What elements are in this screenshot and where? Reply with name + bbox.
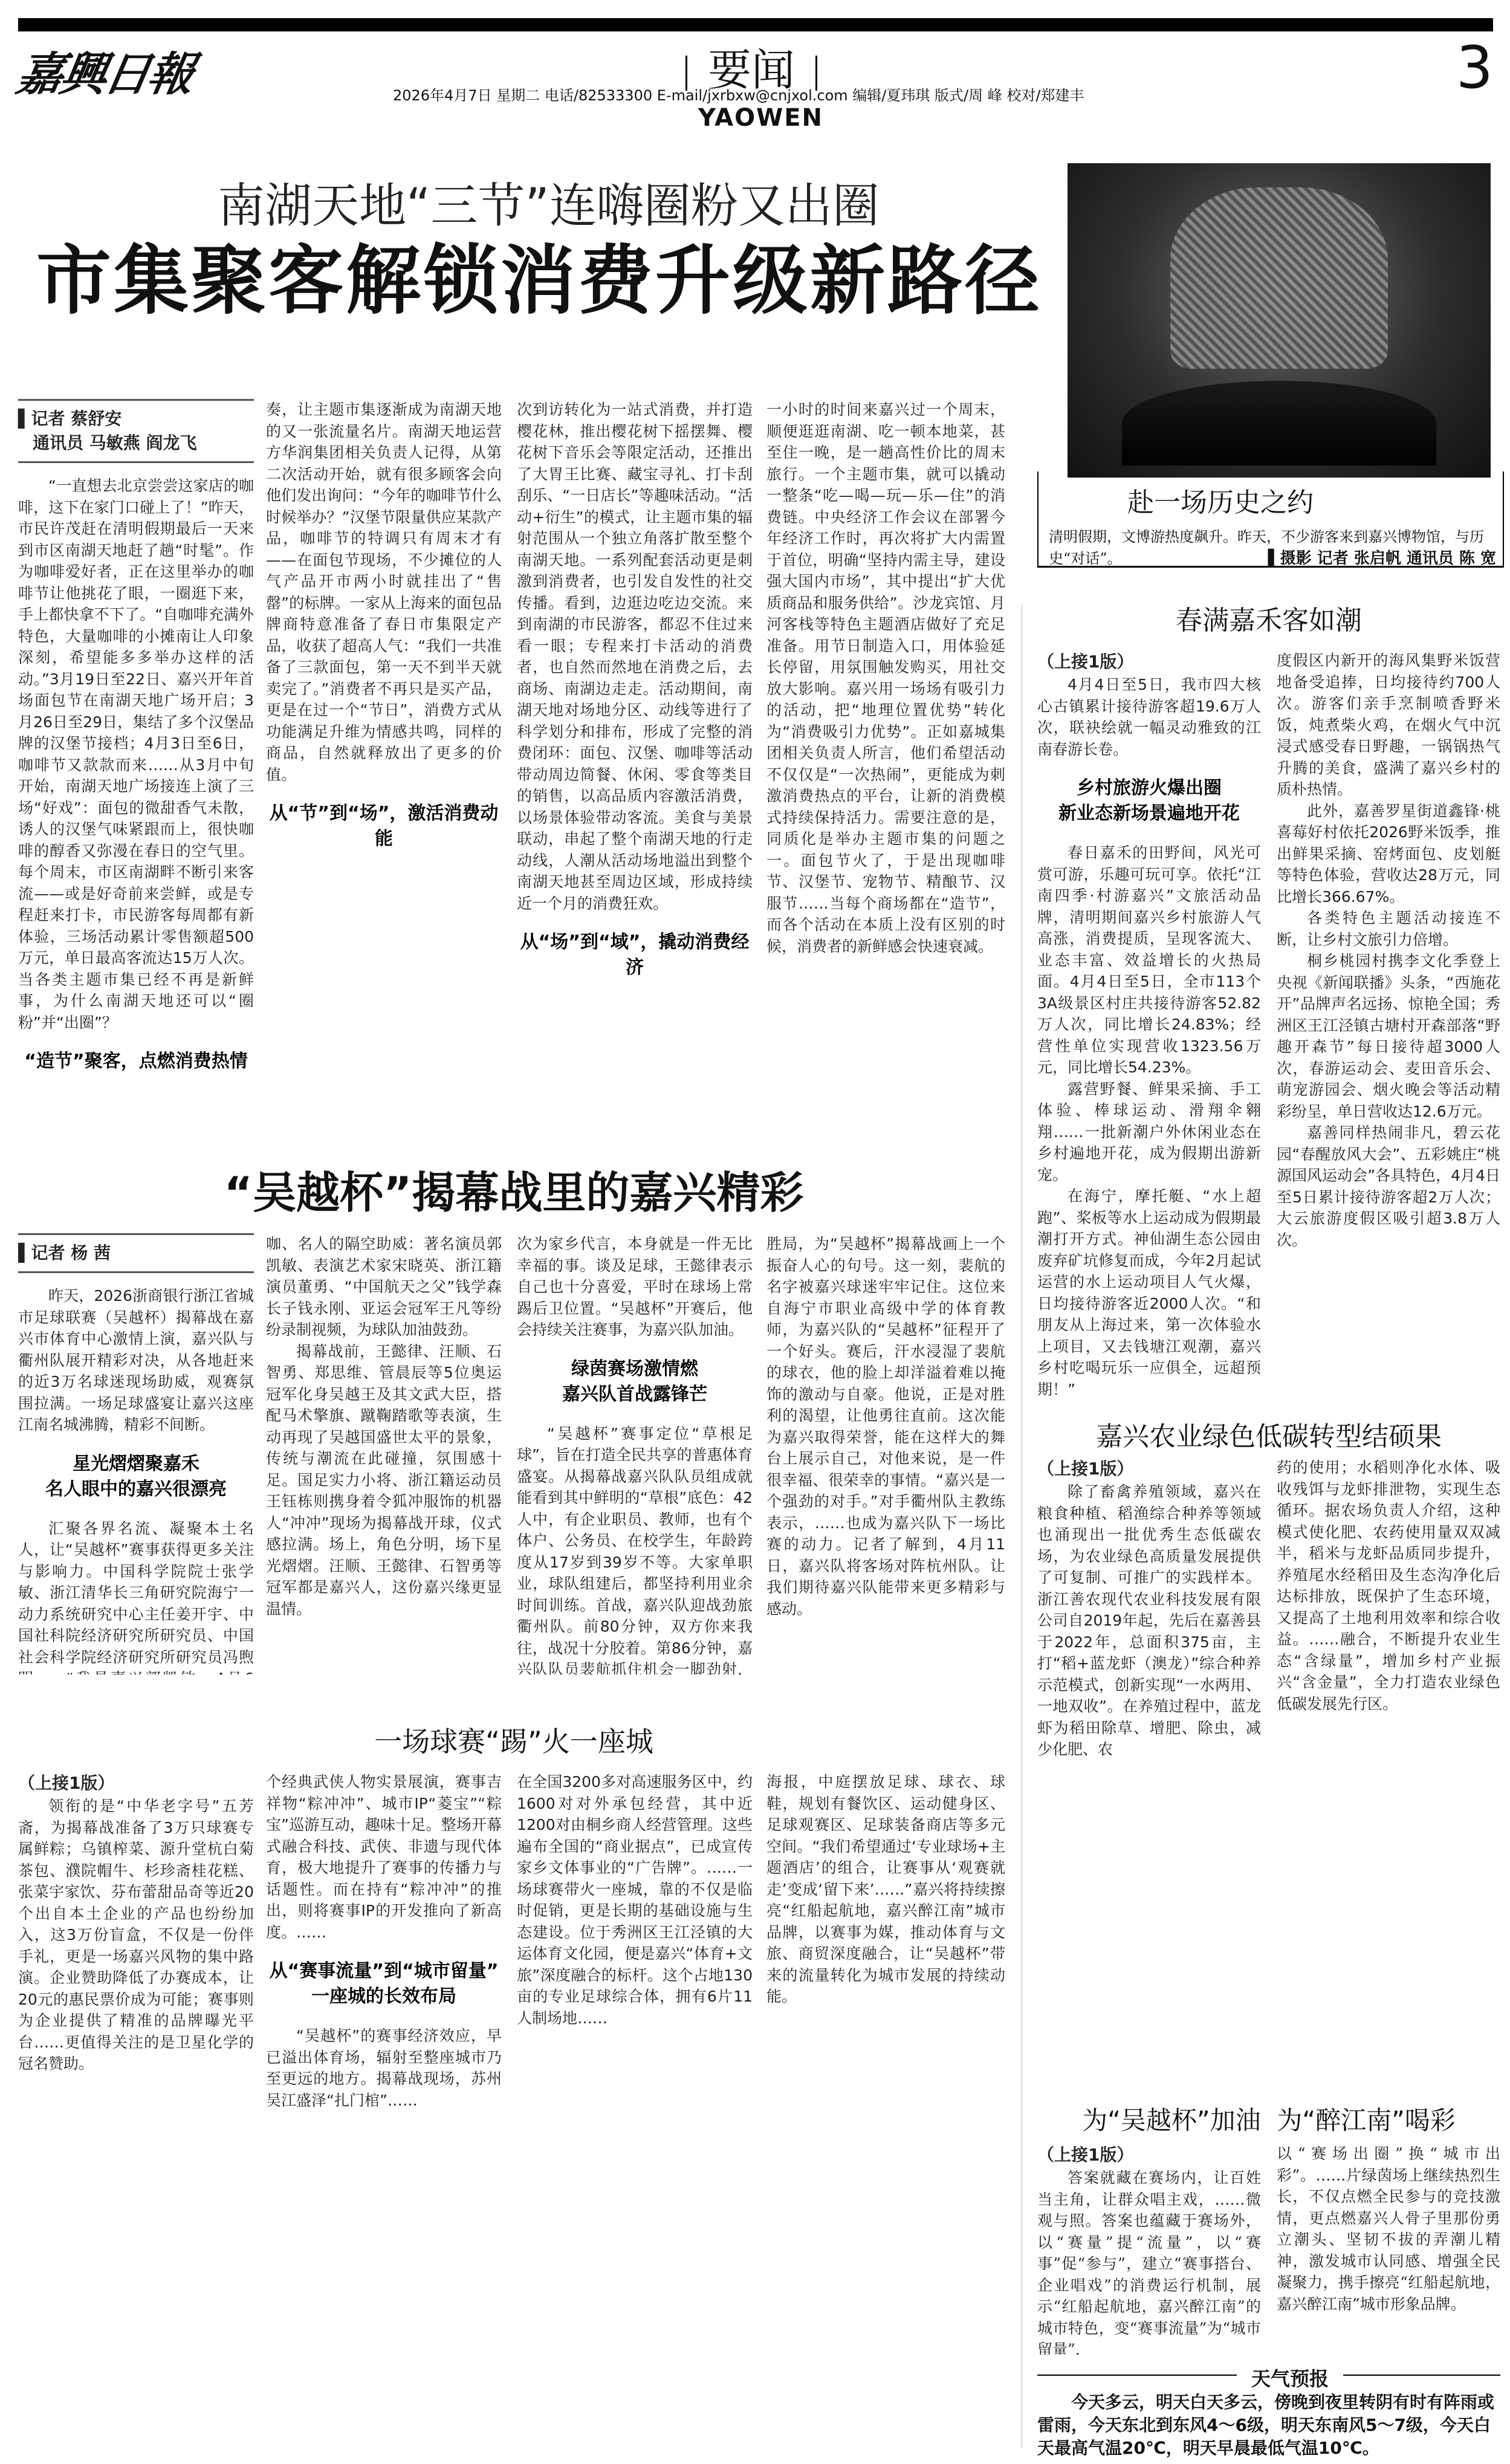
column-rule: [1022, 605, 1022, 2448]
photo-exhibit-robe: [1170, 187, 1388, 369]
article-paragraph: 次到访转化为一站式消费，并打造樱花林，推出樱花树下摇摆舞、樱花树下音乐会等限定活…: [517, 399, 753, 914]
museum-photo[interactable]: [1068, 163, 1491, 478]
football-column-2: 个经典武侠人物实景展演，赛事吉祥物“粽冲冲”、城市IP“菱宝”“粽宝”巡游互动，…: [266, 1771, 502, 2454]
lead-column-2: 奏，让主题市集逐渐成为南湖天地的又一张流量名片。南湖天地运营方华润集团相关负责人…: [266, 399, 502, 867]
wuyue-column-4: 胜局，为“吴越杯”揭幕战画上一个振奋人心的句号。这一刻，裴航的名字被嘉兴球迷牢牢…: [766, 1233, 1005, 1675]
article-paragraph: 露营野餐、鲜果采摘、手工体验、棒球运动、滑翔伞翱翔……一批新潮户外休闲业态在乡村…: [1037, 1078, 1261, 1186]
article-paragraph: 一小时的时间来嘉兴过一个周末，顺便逛逛南湖、吃一顿本地菜，甚至住一晚，是一趟高性…: [766, 399, 1005, 957]
photo-title: 赴一场历史之约: [1127, 481, 1314, 519]
article-paragraph: 领衔的是“中华老字号”五芳斋，为揭幕战准备了3万只球赛专属鲜粽；乌镇榨菜、源升堂…: [18, 1795, 254, 2075]
spring-story-title[interactable]: 春满嘉禾客如潮: [1037, 598, 1500, 637]
photo-caption: 清明假期，文博游热度飙升。昨天，不少游客来到嘉兴博物馆，与历史“对话”。 ▌摄影…: [1049, 526, 1496, 569]
article-paragraph: “吴越杯”的赛事经济效应，早已溢出体育场，辐射至整座城市乃至更远的地方。揭幕战现…: [266, 2025, 502, 2111]
article-paragraph: “一直想去北京尝尝这家店的咖啡，这下在家门口碰上了！”昨天，市民许茂赶在清明假期…: [18, 475, 254, 1033]
wuyue-column-2: 咖、名人的隔空助威：著名演员郭凯敏、表演艺术家宋晓英、浙江籍演员董勇、“中国航天…: [266, 1233, 502, 1675]
weather-forecast: 今天多云，明天白天多云，傍晚到夜里转阴有时有阵雨或雷雨，今天东北到东风4～6级，…: [1037, 2391, 1500, 2460]
byline-reporter: ▌记者 蔡舒安: [18, 407, 254, 431]
lead-subhead-2: 从“节”到“场”，激活消费动能: [266, 801, 502, 852]
football-column-1: （上接1版） 领衔的是“中华老字号”五芳斋，为揭幕战准备了3万只球赛专属鲜粽；乌…: [18, 1771, 254, 2454]
article-paragraph: 4月4日至5日，我市四大核心古镇累计接待游客超19.6万人次，联袂绘就一幅灵动雅…: [1037, 674, 1261, 760]
football-column-3: 在全国3200多对高速服务区中，约1600对对外承包经营，其中近1200对由桐乡…: [517, 1771, 753, 2454]
spring-column-1: （上接1版） 4月4日至5日，我市四大核心古镇累计接待游客超19.6万人次，联袂…: [1037, 650, 1261, 1400]
article-paragraph: 桐乡桃园村携李文化季登上央视《新闻联播》头条，“西施花开”品牌声名远扬、惊艳全国…: [1277, 950, 1500, 1122]
article-paragraph: 各类特色主题活动接连不断，让乡村文旅引力倍增。: [1277, 907, 1500, 950]
cheer-column-1: （上接1版） 答案就藏在赛场内，让百姓当主角，让群众唱主戏，……微观与照。答案也…: [1037, 2143, 1261, 2355]
article-paragraph: 药的使用；水稻则净化水体、吸收残饵与龙虾排泄物，实现生态循环。据农场负责人介绍，…: [1277, 1457, 1500, 1714]
wuyue-column-1: ▌记者 杨 茜 昨天，2026浙商银行浙江省城市足球联赛（吴越杯）揭幕战在嘉兴市…: [18, 1233, 254, 1675]
issue-meta: 2026年4月7日 星期二 电话/82533300 E-mail/jxrbxw@…: [393, 83, 1084, 105]
byline-correspondents: 通讯员 马敏燕 阎龙飞: [18, 431, 254, 455]
page-number: 3: [1456, 34, 1493, 102]
masthead-top-bar: [18, 18, 1493, 31]
football-subhead: 从“赛事流量”到“城市留量” 一座城的长效布局: [266, 1959, 502, 2009]
weather-title: 天气预报: [1237, 2364, 1343, 2391]
wuyue-byline: ▌记者 杨 茜: [18, 1233, 254, 1273]
lead-column-1: ▌记者 蔡舒安 通讯员 马敏燕 阎龙飞 “一直想去北京尝尝这家店的咖啡，这下在家…: [18, 399, 254, 1090]
lead-column-3: 次到访转化为一站式消费，并打造樱花林，推出樱花树下摇摆舞、樱花树下音乐会等限定活…: [517, 399, 753, 996]
lead-headline[interactable]: 市集聚客解锁消费升级新路径: [36, 221, 1042, 328]
cheer-column-2: 以“赛场出圈”换“城市出彩”。……片绿茵场上继续热烈生长，不仅点燃全民参与的竞技…: [1277, 2143, 1500, 2355]
football-column-4: 海报，中庭摆放足球、球衣、球鞋，规划有餐饮区、运动健身区、足球观赛区、足球装备商…: [766, 1771, 1005, 2454]
article-paragraph: 在全国3200多对高速服务区中，约1600对对外承包经营，其中近1200对由桐乡…: [517, 1771, 753, 2029]
article-paragraph: 海报，中庭摆放足球、球衣、球鞋，规划有餐饮区、运动健身区、足球观赛区、足球装备商…: [766, 1771, 1005, 2008]
continuation-label: （上接1版）: [18, 1771, 254, 1795]
article-paragraph: 答案就藏在赛场内，让百姓当主角，让群众唱主戏，……微观与照。答案也蕴藏于赛场外，…: [1037, 2167, 1261, 2355]
lead-column-4: 一小时的时间来嘉兴过一个周末，顺便逛逛南湖、吃一顿本地菜，甚至住一晚，是一趟高性…: [766, 399, 1005, 957]
section-pinyin: YAOWEN: [698, 104, 823, 132]
newspaper-logo[interactable]: 嘉興日報: [12, 37, 198, 103]
lead-subhead-1: “造节”聚客，点燃消费热情: [18, 1049, 254, 1074]
article-paragraph: “吴越杯”赛事定位“草根足球”，旨在打造全民共享的普惠体育盛宴。从揭幕战嘉兴队队…: [517, 1423, 753, 1675]
photo-visitors: [1122, 381, 1436, 465]
article-paragraph: 春日嘉禾的田野间，风光可赏可游，乐趣可玩可享。依托“江南四季·村游嘉兴”文旅活动…: [1037, 842, 1261, 1078]
continuation-label: （上接1版）: [1037, 2143, 1261, 2167]
article-paragraph: 度假区内新开的海风集野米饭营地备受追捧，日均接待约700人次。游客们亲手烹制喷香…: [1277, 650, 1500, 800]
article-paragraph: 除了畜禽养殖领域，嘉兴在粮食种植、稻渔综合种养等领域也涌现出一批优秀生态低碳农场…: [1037, 1481, 1261, 1760]
article-paragraph: 嘉善同样热闹非凡，碧云花园“春醒放风大会”、五彩姚庄“桃源国风运动会”各具特色，…: [1277, 1122, 1500, 1251]
continuation-label: （上接1版）: [1037, 650, 1261, 674]
cheer-story-title[interactable]: 为“吴越杯”加油 为“醉江南”喝彩: [1037, 2101, 1500, 2137]
agri-column-2: 药的使用；水稻则净化水体、吸收残饵与龙虾排泄物，实现生态循环。据农场负责人介绍，…: [1277, 1457, 1500, 1714]
spring-subhead: 乡村旅游火爆出圈 新业态新场景遍地开花: [1037, 776, 1261, 826]
continuation-label: （上接1版）: [1037, 1457, 1261, 1481]
article-paragraph: 汇聚各界名流、凝聚本土名人，让“吴越杯”赛事获得更多关注与影响力。中国科学院院士…: [18, 1518, 254, 1675]
article-paragraph: 个经典武侠人物实景展演，赛事吉祥物“粽冲冲”、城市IP“菱宝”“粽宝”巡游互动，…: [266, 1771, 502, 1943]
article-paragraph: 咖、名人的隔空助威：著名演员郭凯敏、表演艺术家宋晓英、浙江籍演员董勇、“中国航天…: [266, 1233, 502, 1341]
lead-byline: ▌记者 蔡舒安 通讯员 马敏燕 阎龙飞: [18, 399, 254, 463]
article-paragraph: 奏，让主题市集逐渐成为南湖天地的又一张流量名片。南湖天地运营方华润集团相关负责人…: [266, 399, 502, 785]
article-paragraph: 胜局，为“吴越杯”揭幕战画上一个振奋人心的句号。这一刻，裴航的名字被嘉兴球迷牢牢…: [766, 1233, 1005, 1619]
article-paragraph: 次为家乡代言，本身就是一件无比幸福的事。谈及足球，王懿律表示自己也十分喜爱，平时…: [517, 1233, 753, 1341]
wuyue-subhead-1: 星光熠熠聚嘉禾 名人眼中的嘉兴很漂亮: [18, 1451, 254, 1502]
wuyue-headline[interactable]: “吴越杯”揭幕战里的嘉兴精彩: [18, 1158, 1009, 1221]
article-paragraph: 以“赛场出圈”换“城市出彩”。……片绿茵场上继续热烈生长，不仅点燃全民参与的竞技…: [1277, 2143, 1500, 2315]
article-paragraph: 此外，嘉善罗星街道鑫锋·桃喜莓好村依托2026野米饭季，推出鲜果采摘、窑烤面包、…: [1277, 800, 1500, 908]
article-paragraph: 在海宁，摩托艇、“水上超跑”、桨板等水上运动成为假期最潮打开方式。神仙湖生态公园…: [1037, 1185, 1261, 1400]
agri-column-1: （上接1版） 除了畜禽养殖领域，嘉兴在粮食种植、稻渔综合种养等领域也涌现出一批优…: [1037, 1457, 1261, 1760]
article-paragraph: 昨天，2026浙商银行浙江省城市足球联赛（吴越杯）揭幕战在嘉兴市体育中心激情上演…: [18, 1285, 254, 1436]
agri-story-title[interactable]: 嘉兴农业绿色低碳转型结硕果: [1037, 1415, 1500, 1453]
lead-subhead-3: 从“场”到“域”，撬动消费经济: [517, 930, 753, 981]
spring-column-2: 度假区内新开的海风集野米饭营地备受追捧，日均接待约700人次。游客们亲手烹制喷香…: [1277, 650, 1500, 1251]
football-city-title[interactable]: 一场球赛“踢”火一座城: [18, 1720, 1009, 1760]
article-paragraph: 揭幕战前，王懿律、汪顺、石智勇、郑思维、管晨辰等5位奥运冠军化身吴越王及其文武大…: [266, 1341, 502, 1620]
wuyue-subhead-2: 绿茵赛场激情燃 嘉兴队首战露锋芒: [517, 1357, 753, 1407]
wuyue-column-3: 次为家乡代言，本身就是一件无比幸福的事。谈及足球，王懿律表示自己也十分喜爱，平时…: [517, 1233, 753, 1675]
photo-credit: ▌摄影 记者 张启帆 通讯员 陈 宽: [1268, 548, 1496, 569]
